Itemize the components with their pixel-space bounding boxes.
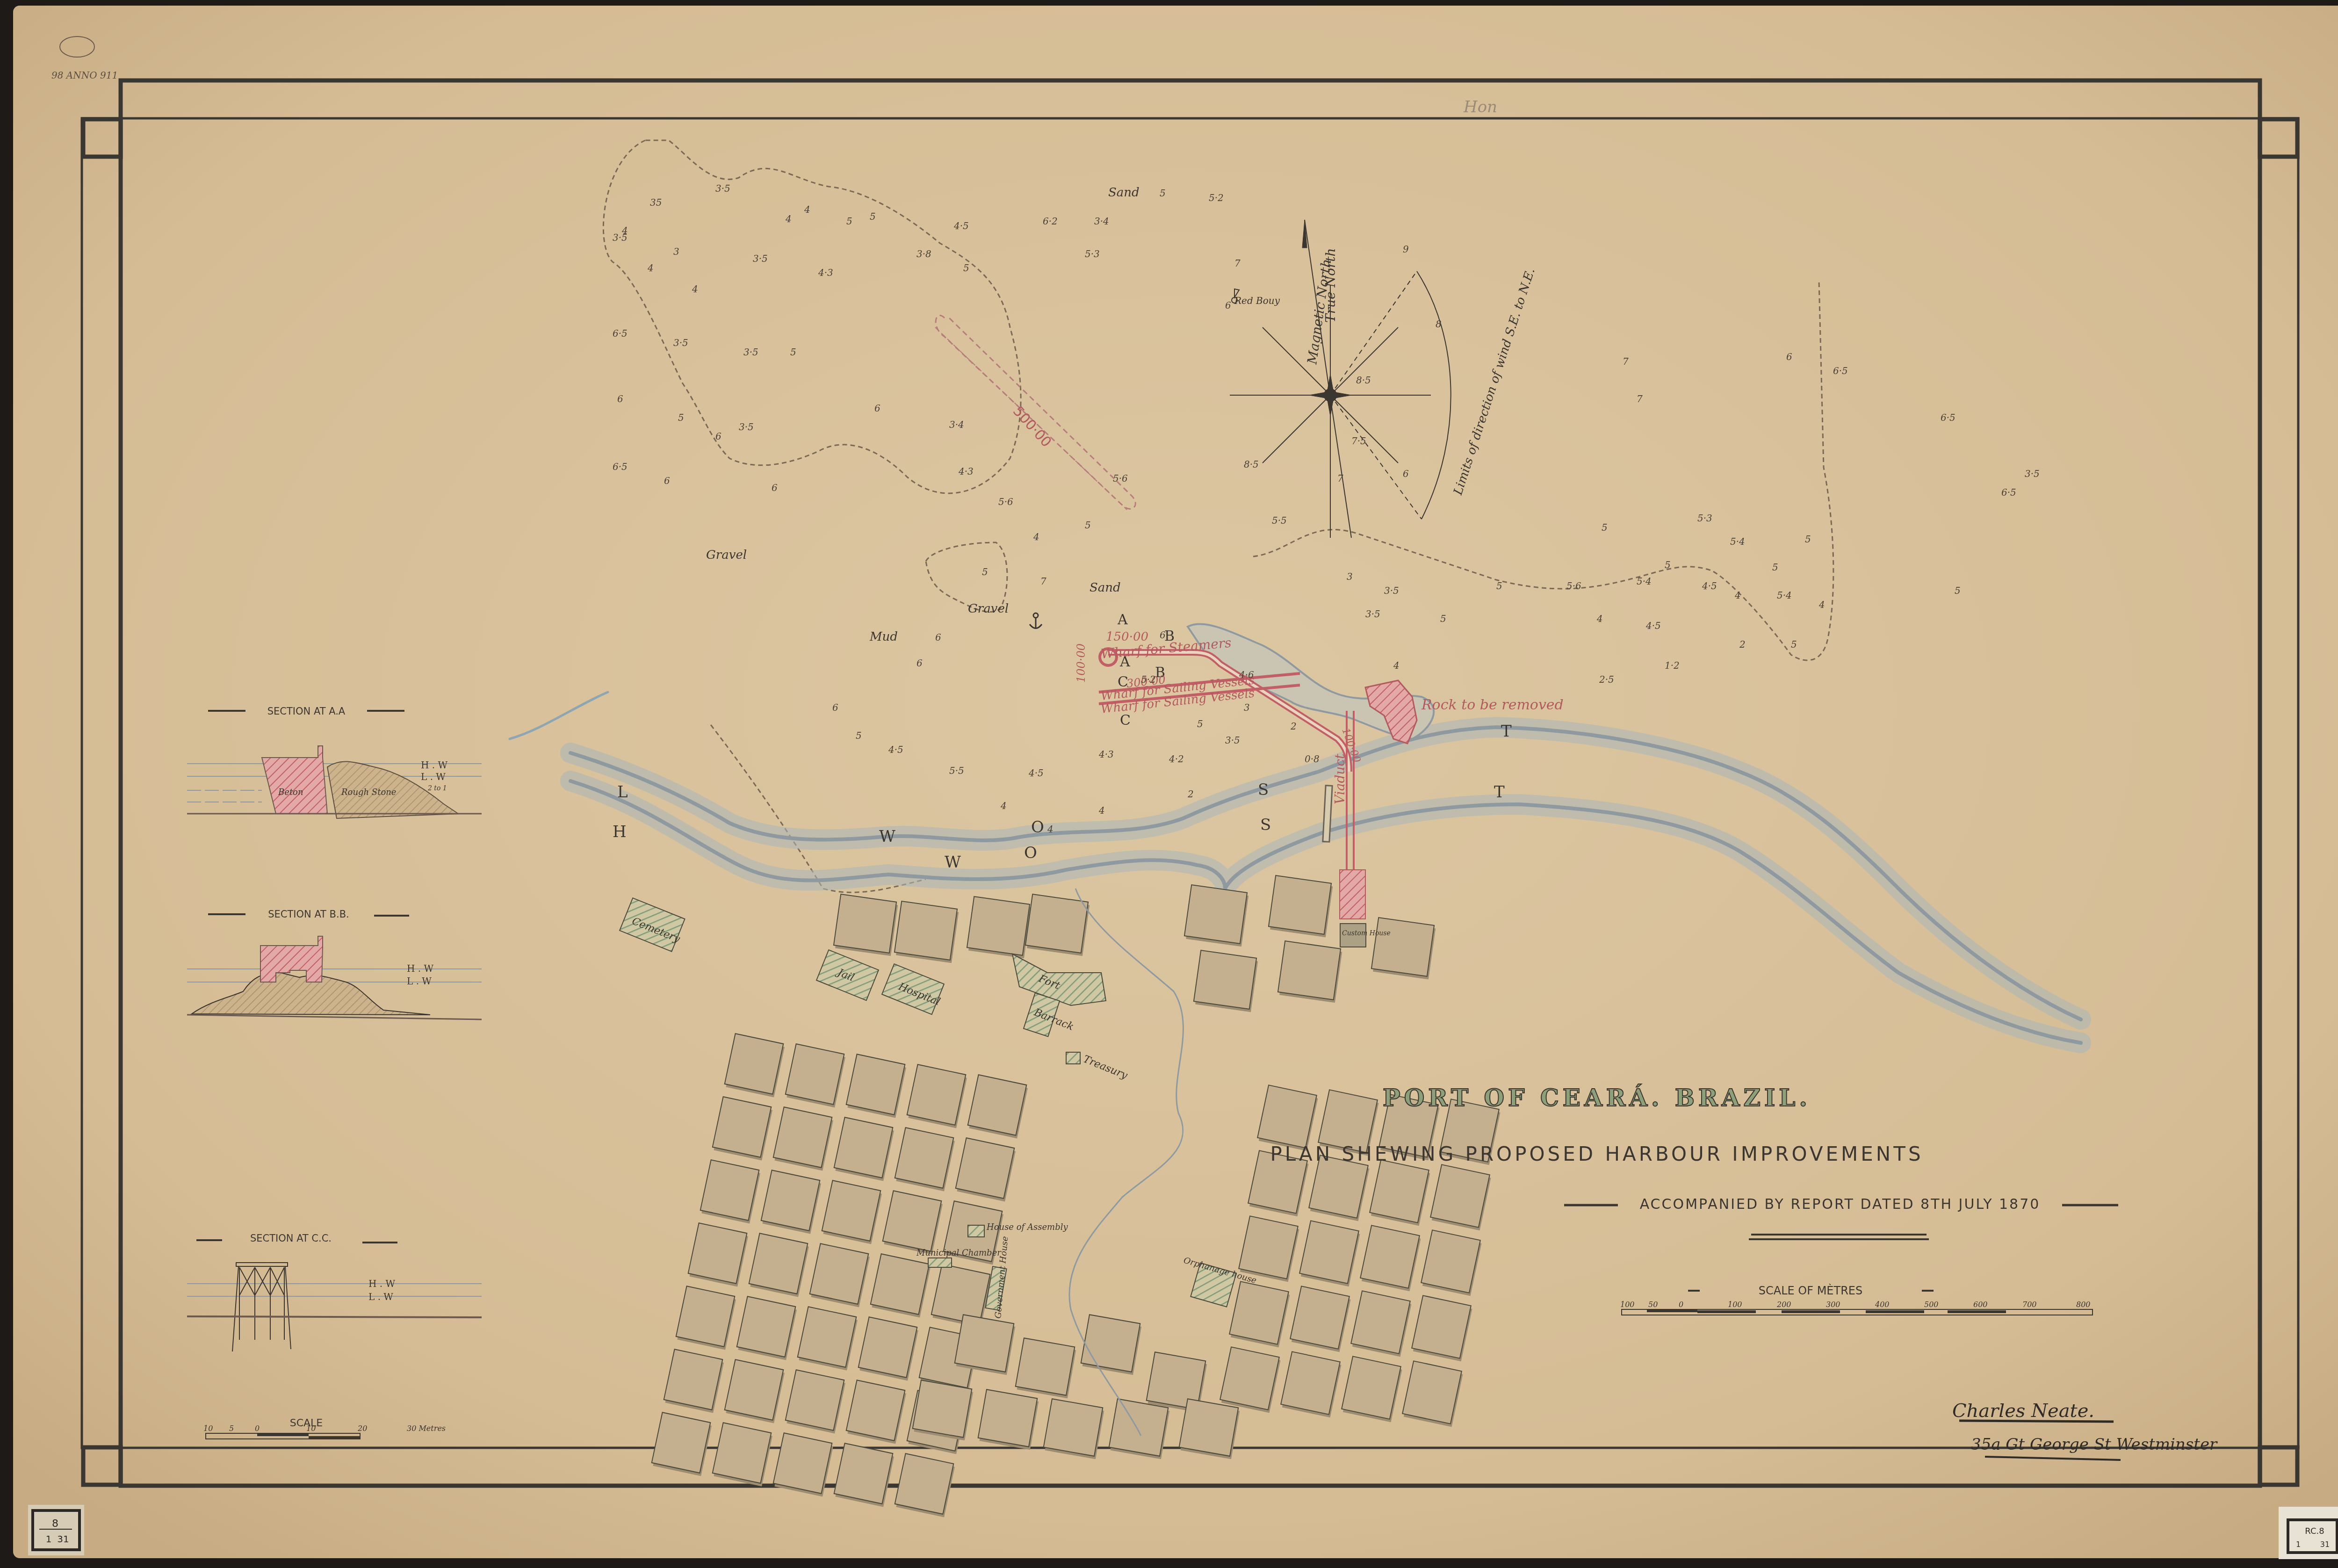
depth-sounding: 7 [1040,576,1046,587]
depth-sounding: 5·6 [998,496,1013,507]
sand-label: Sand [1108,186,1140,200]
depth-sounding: 5 [1665,559,1671,571]
depth-sounding: 6 [664,475,670,486]
true-north-label: True North [1323,248,1338,323]
svg-text:S: S [1258,780,1269,799]
svg-text:H . W: H . W [421,759,448,771]
depth-sounding: 3·5 [715,183,730,194]
depth-sounding: 2·5 [1599,674,1614,685]
svg-text:10: 10 [306,1424,316,1433]
depth-sounding: 4 [1393,660,1400,671]
svg-text:30 Metres: 30 Metres [407,1424,446,1433]
svg-text:SCALE OF MÈTRES: SCALE OF MÈTRES [1759,1284,1863,1297]
archive-tag-left: 8 1 31 [28,1505,84,1555]
city-block [1043,1399,1105,1459]
depth-sounding: 7 [1234,258,1241,269]
svg-text:31: 31 [57,1533,69,1545]
svg-text:1: 1 [2296,1540,2301,1549]
depth-sounding: 5·6 [1566,580,1581,592]
svg-text:0: 0 [1679,1300,1683,1309]
depth-sounding: 4 [1098,805,1105,816]
mud-label: Mud [869,630,898,644]
svg-text:8: 8 [52,1518,58,1530]
custom-house-label: Custom House [1342,930,1391,937]
depth-sounding: 3·5 [1365,608,1380,620]
city-block [1015,1338,1077,1398]
svg-text:L . W: L . W [368,1291,393,1302]
depth-sounding: 5·2 [1209,192,1224,203]
gravel-label: Gravel [968,602,1009,616]
depth-sounding: 4·5 [888,744,903,755]
city-block [894,901,959,963]
svg-text:800: 800 [2076,1300,2091,1309]
depth-sounding: 5 [1602,522,1608,533]
city-block [1184,885,1249,947]
depth-sounding: 2 [1739,639,1746,650]
depth-sounding: 3·5 [739,421,754,433]
city-block [1179,1399,1241,1459]
depth-sounding: 5·5 [949,765,964,776]
house-of-assembly-building [968,1225,984,1237]
depth-sounding: 8 [1436,318,1442,330]
depth-sounding: 3 [1244,702,1250,713]
svg-text:L: L [617,783,628,802]
depth-sounding: 6 [1225,300,1231,311]
svg-text:98 ANNO 911: 98 ANNO 911 [51,70,118,81]
depth-sounding: 4·3 [958,466,974,477]
depth-sounding: 3·5 [743,347,758,358]
depth-sounding: 6 [617,393,623,405]
depth-sounding: 3·5 [2025,468,2040,479]
city-block [967,896,1032,958]
depth-sounding: 5 [1160,188,1166,199]
depth-sounding: 5 [856,730,862,741]
depth-sounding: 3·4 [949,419,964,430]
svg-text:W: W [879,827,895,846]
depth-sounding: 5 [678,412,684,423]
city-block [912,1380,974,1440]
depth-sounding: 5 [790,347,796,358]
city-block [833,894,898,956]
house-of-assembly-label: House of Assembly [986,1222,1068,1232]
depth-sounding: 5·2 [1141,674,1156,685]
depth-sounding: 3·5 [1225,735,1240,746]
depth-sounding: 5 [982,566,988,578]
depth-sounding: 4·5 [1028,767,1044,779]
red-buoy-label: Red Bouy [1234,295,1280,306]
depth-sounding: 7 [1637,393,1643,405]
svg-text:20: 20 [357,1424,367,1433]
depth-sounding: 5 [1805,534,1811,545]
custom-house-warehouse [1340,870,1365,919]
depth-sounding: 3·4 [1094,216,1109,227]
depth-sounding: 5·3 [1085,248,1100,260]
svg-text:500: 500 [1924,1300,1939,1309]
depth-sounding: 6 [916,658,923,669]
depth-sounding: 5·3 [1697,513,1712,524]
depth-sounding: 5·5 [1272,515,1287,526]
depth-sounding: 4·5 [1702,580,1717,592]
depth-sounding: 6·5 [2001,487,2016,498]
depth-sounding: 6 [874,403,880,414]
signature-address: 35a Gt George St Westminster [1971,1435,2218,1454]
depth-sounding: 2 [1187,788,1194,800]
depth-sounding: 4 [692,283,698,295]
depth-sounding: 5 [1772,562,1778,573]
svg-text:100·00: 100·00 [1075,643,1088,683]
depth-sounding: 4 [804,204,810,215]
depth-sounding: 5·6 [1113,473,1128,484]
depth-sounding: 4 [1818,599,1825,610]
depth-sounding: 4 [785,213,792,224]
depth-sounding: 4·5 [1645,620,1661,631]
svg-text:L . W: L . W [407,975,432,987]
depth-sounding: 6 [715,431,722,442]
depth-sounding: 4·2 [1169,753,1184,765]
depth-sounding: 4·3 [818,267,833,278]
depth-sounding: 5·4 [1777,590,1792,601]
depth-sounding: 4 [1000,800,1007,811]
svg-text:31: 31 [2320,1540,2330,1549]
archive-tag-right: RC.8 1 31 [2279,1507,2338,1559]
depth-sounding: 8·5 [1244,459,1259,470]
svg-text:Rough Stone: Rough Stone [341,788,396,797]
depth-sounding: 4 [621,225,628,236]
svg-text:2 to 1: 2 to 1 [427,785,447,792]
depth-sounding: 6·2 [1043,216,1058,227]
svg-text:T: T [1501,722,1512,741]
depth-sounding: 7 [1337,473,1343,484]
svg-text:SECTION AT B.B.: SECTION AT B.B. [268,909,349,920]
city-block [1277,941,1342,1003]
city-block [1268,875,1333,937]
depth-sounding: 6 [832,702,838,713]
depth-sounding: 3·5 [673,337,688,348]
depth-sounding: 3·5 [1384,585,1399,596]
depth-sounding: 8·5 [1356,375,1371,386]
svg-text:100: 100 [1728,1300,1742,1309]
svg-text:S: S [1260,816,1271,834]
municipal-chamber-building [928,1258,952,1267]
depth-sounding: 5 [963,262,969,274]
svg-text:W: W [945,853,961,872]
depth-sounding: 6·5 [613,461,628,472]
depth-sounding: 2 [1290,721,1297,732]
depth-sounding: 0·8 [1305,753,1320,765]
depth-sounding: 6·5 [1941,412,1956,423]
svg-text:T: T [1494,783,1505,802]
city-block [1371,918,1436,979]
svg-text:5: 5 [229,1424,234,1433]
svg-text:O: O [1024,844,1037,862]
signature-name: Charles Neate. [1952,1400,2094,1422]
depth-sounding: 5 [1496,580,1502,592]
svg-text:100: 100 [1620,1300,1635,1309]
city-block [954,1315,1016,1375]
depth-sounding: 7·5 [1351,435,1366,447]
svg-text:L . W: L . W [421,771,446,782]
depth-sounding: 5·4 [1730,536,1745,547]
gravel-label: Gravel [706,548,747,562]
depth-sounding: 5 [1197,718,1203,730]
svg-text:400: 400 [1875,1300,1890,1309]
svg-text:200: 200 [1776,1300,1791,1309]
depth-sounding: 3 [673,246,679,257]
depth-sounding: 4 [1047,824,1054,835]
depth-sounding: 5 [1955,585,1961,596]
svg-text:H . W: H . W [407,963,434,974]
depth-sounding: 6 [772,482,778,493]
svg-text:SECTION AT C.C.: SECTION AT C.C. [250,1233,332,1244]
depth-sounding: 9 [1403,244,1409,255]
map-subtitle: PLAN SHEWING PROPOSED HARBOUR IMPROVEMEN… [1270,1142,1923,1165]
pencil-note: Hon [1463,98,1497,116]
depth-sounding: 4 [1596,613,1603,624]
svg-text:Beton: Beton [278,788,303,797]
depth-sounding: 5 [870,211,876,222]
depth-sounding: 7 [1623,356,1629,367]
svg-text:C: C [1120,712,1131,729]
depth-sounding: 5 [1440,613,1446,624]
depth-sounding: 35 [650,197,662,208]
svg-text:A: A [1117,612,1128,628]
historic-harbour-map: L W O S T T H W O S 500·00 A A B [0,0,2338,1568]
svg-text:50: 50 [1648,1300,1658,1309]
treasury-building [1066,1052,1080,1064]
depth-sounding: 5 [846,216,852,227]
sand-label: Sand [1090,581,1121,595]
svg-text:H . W: H . W [368,1278,396,1289]
svg-text:Viaduct: Viaduct [1332,753,1348,804]
city-block [1193,950,1258,1012]
svg-text:600: 600 [1973,1300,1988,1309]
svg-text:1: 1 [46,1533,52,1545]
depth-sounding: 3·8 [916,248,931,260]
map-title: PORT OF CEARÁ. BRAZIL. [1383,1084,1811,1112]
svg-text:O: O [1031,818,1044,837]
svg-text:300: 300 [1826,1300,1840,1309]
city-block [1109,1399,1170,1459]
depth-sounding: 4 [647,262,654,274]
depth-sounding: 5 [1085,520,1091,531]
svg-text:700: 700 [2022,1300,2037,1309]
svg-text:RC.8: RC.8 [2305,1526,2324,1536]
svg-text:SECTION AT A.A: SECTION AT A.A [267,706,346,717]
depth-sounding: 4 [1033,531,1039,542]
city-block [978,1389,1039,1450]
depth-sounding: 5·4 [1637,576,1652,587]
depth-sounding: 6 [1403,468,1409,479]
depth-sounding: 5 [1791,639,1797,650]
svg-text:0: 0 [255,1424,260,1433]
depth-sounding: 6·5 [1833,365,1848,376]
city-block [1081,1315,1142,1375]
depth-sounding: 6·5 [613,328,628,339]
depth-sounding: 4 [1734,590,1741,601]
depth-sounding: 4·3 [1098,749,1114,760]
depth-sounding: 6 [935,632,941,643]
depth-sounding: 4·5 [953,220,969,231]
svg-text:10: 10 [203,1424,213,1433]
svg-text:150·00: 150·00 [1106,630,1148,644]
city-block [1025,894,1090,956]
svg-text:Rock to be removed: Rock to be removed [1421,697,1564,713]
depth-sounding: 4·6 [1239,669,1254,680]
depth-sounding: 6 [1786,351,1792,362]
depth-sounding: 3·5 [753,253,768,264]
svg-text:H: H [613,823,627,841]
municipal-chamber-label: Municipal Chamber [916,1248,1002,1258]
depth-sounding: 6 [1160,629,1166,641]
report-date: ACCOMPANIED BY REPORT DATED 8TH JULY 187… [1640,1196,2041,1213]
depth-sounding: 1·2 [1665,660,1680,671]
depth-sounding: 3 [1347,571,1353,582]
